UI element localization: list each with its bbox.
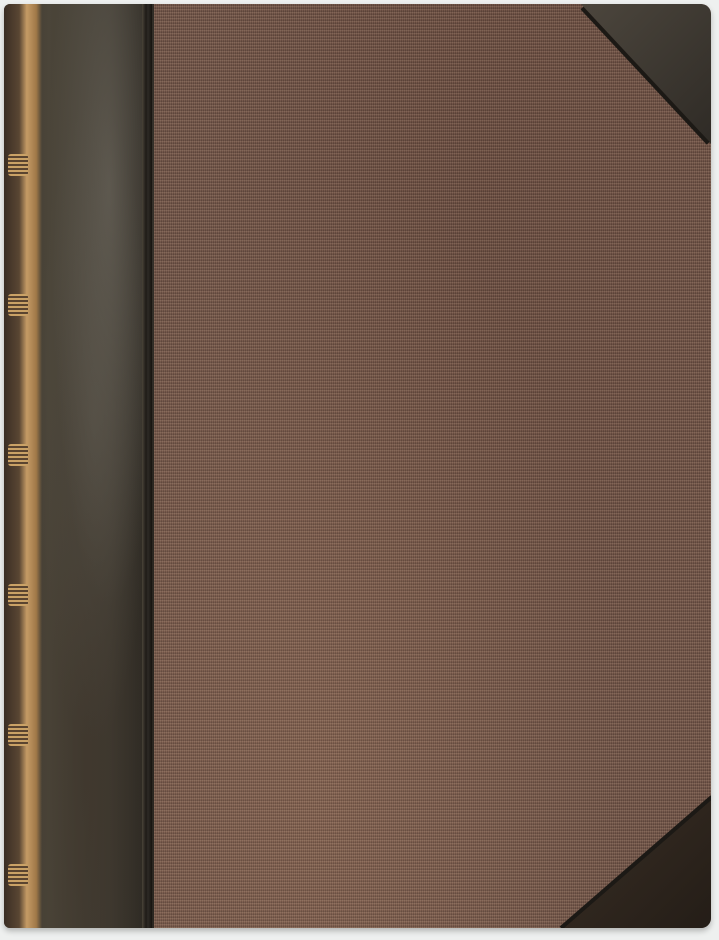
spine-band	[8, 864, 28, 886]
spine-band	[8, 444, 28, 466]
spine-band	[8, 154, 28, 176]
spine-band	[8, 584, 28, 606]
cloth-panel	[152, 4, 711, 928]
spine-band	[8, 294, 28, 316]
worn-spine-edge	[4, 4, 42, 928]
book-cover	[4, 4, 711, 928]
spine-hinge-groove	[142, 4, 152, 928]
spine-band	[8, 724, 28, 746]
